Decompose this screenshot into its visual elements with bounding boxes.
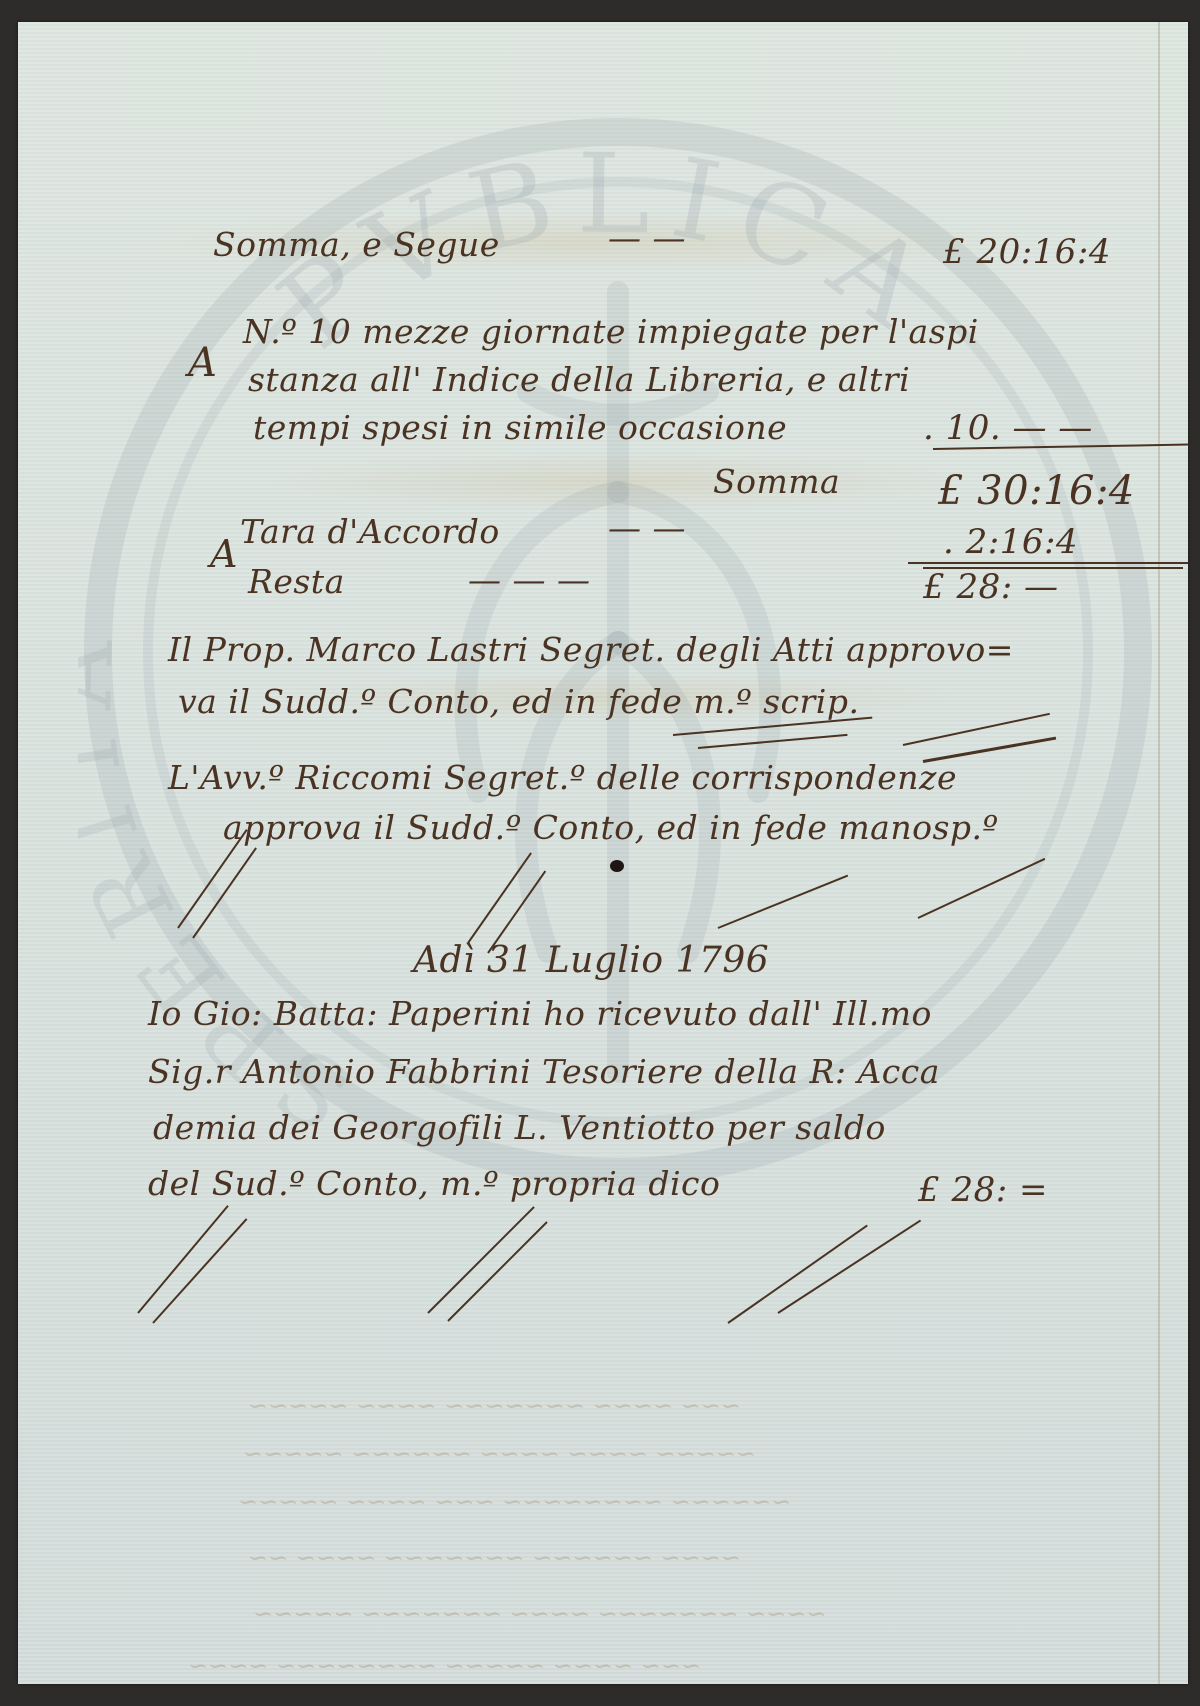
cancel-stroke [467,852,532,943]
ink-blot [610,860,624,872]
row-somma-segue-label: Somma, e Segue [213,225,500,264]
cancel-stroke [777,1220,921,1314]
bleed-through-text: ~~~ ~~~~ ~~~~~ ~~~~~~~~ ~~~~ [188,1652,701,1680]
approval-riccomi-line-2: approva il Sudd.º Conto, ed in fede mano… [223,808,999,847]
paper-fold [1158,22,1160,1684]
bleed-through-text: ~~~~~~ ~~~~~~~~ ~~~ ~~~~ ~~~~~ [238,1488,791,1516]
receipt-line-4: del Sud.º Conto, m.º propria dico [148,1164,720,1203]
row-prefix-a-2: A [210,532,238,576]
row-tara-dashes: — — [608,508,686,547]
cancel-stroke [427,1206,534,1313]
manuscript-page: PVBLICA SPERITA Somma, e Segue — — £ 20:… [18,22,1188,1684]
cancel-stroke [137,1205,229,1314]
receipt-amount: £ 28: = [918,1170,1048,1210]
receipt-line-2: Sig.r Antonio Fabbrini Tesoriere della R… [148,1052,940,1091]
row-resta-amount: £ 28: — [923,567,1058,607]
cancel-stroke [918,858,1046,919]
row-dashes: — — [608,218,686,257]
cancel-stroke [447,1221,547,1321]
signature-flourish [698,734,848,749]
bleed-through-text: ~~~~~ ~~~~ ~~~~ ~~~~~~ ~~~~~ [243,1440,756,1468]
cancel-stroke [727,1225,867,1324]
receipt-date: Adì 31 Luglio 1796 [413,940,769,981]
row-entry-line-3: tempi spesi in simile occasione [253,408,787,447]
cancel-stroke [177,829,247,928]
row-entry-amount: . 10. — — [923,408,1093,448]
row-somma-segue-amount: £ 20:16:4 [943,232,1111,272]
bleed-through-text: ~~~~ ~~~~~~ ~~~~~~~ ~~~~ ~~ [248,1544,741,1572]
receipt-line-1: Io Gio: Batta: Paperini ho ricevuto dall… [148,994,932,1033]
row-entry-line-1: N.º 10 mezze giornate impiegate per l'as… [243,312,979,351]
bleed-through-text: ~~~~ ~~~~~~~ ~~~~ ~~~~~~~ ~~~~~ [253,1600,826,1628]
row-prefix-a: A [188,340,217,386]
receipt-line-3: demia dei Georgofili L. Ventiotto per sa… [153,1108,886,1147]
row-tara-label: Tara d'Accordo [240,512,500,551]
row-resta-label: Resta [248,562,345,601]
approval-lastri-line-1: Il Prop. Marco Lastri Segret. degli Atti… [168,630,1014,669]
row-tara-amount: . 2:16:4 [943,522,1078,562]
foxing-stain [268,452,968,512]
cancel-stroke [152,1218,247,1323]
approval-riccomi-line-1: L'Avv.º Riccomi Segret.º delle corrispon… [168,758,957,797]
cancel-stroke [718,875,849,929]
bleed-through-text: ~~~ ~~~~ ~~~~~~~ ~~~~ ~~~~~ [248,1392,741,1420]
approval-lastri-line-2: va il Sudd.º Conto, ed in fede m.º scrip… [178,682,859,721]
row-somma-label: Somma [713,462,840,501]
row-resta-dashes: — — — [468,560,590,599]
row-somma-amount: £ 30:16:4 [938,468,1135,514]
row-entry-line-2: stanza all' Indice della Libreria, e alt… [248,360,910,399]
total-rule [908,562,1188,564]
